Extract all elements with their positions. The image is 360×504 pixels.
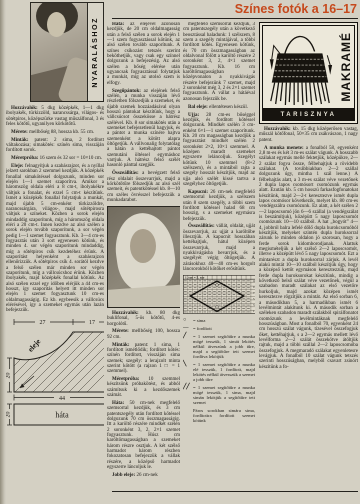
legend-item: ○= sima: [183, 318, 255, 323]
paragraph-text: 16 szem és 32 sor = 10×10 cm.: [40, 156, 102, 161]
makrame-feature-box: MAKRAMÉ TARISZNYA: [259, 22, 358, 124]
chart-header: 1. sor = 5. sor: [185, 275, 205, 279]
paragraph-lead: Eleje:: [11, 164, 24, 169]
column-2: Háta: az elejével azonosan kezdjük, de 2…: [107, 22, 180, 490]
paragraph-text: mellbőség 88, hossza kb. 55 cm.: [29, 130, 94, 135]
paragraph: Minták: patent: 2 sima, 2 fordított vált…: [6, 138, 104, 154]
photo-face: [130, 229, 156, 263]
label-makrame: MAKRAMÉ: [339, 32, 353, 102]
paragraph-lead: Méretpróba:: [11, 156, 38, 161]
paragraph: Eleje: felnagyítjuk a szabásrajzot, és a…: [6, 164, 104, 314]
paragraph: Hozzávalók: kb. 80 dkg buklifonal, 5-ös …: [107, 311, 180, 327]
paragraph-text: ellentétesen készül.: [209, 105, 248, 110]
purl-symbol: —: [183, 326, 193, 331]
photo-summer-top: NYARALÁSHOZ: [30, 2, 104, 102]
paragraph-text: patent: 1 sima, 1 fordított ismétlődik; …: [107, 343, 180, 375]
paragraph-lead: Összeállítás:: [188, 224, 215, 229]
photo-woman-hooded-robe: [108, 207, 180, 307]
start-arrow-icon: [20, 384, 25, 389]
legend-item: ╲= 1 szemet segítőtűre a munka elé tessz…: [183, 362, 255, 382]
cable-right-symbol: ╱: [183, 334, 193, 359]
dim-20-back: 20: [6, 412, 12, 418]
dim-20-front: 20: [6, 373, 12, 379]
paragraph: Méretpróba: 16 szem és 32 sor = 10×10 cm…: [6, 156, 104, 161]
paragraph: Minták: patent: 1 sima, 1 fordított ismé…: [107, 343, 180, 375]
paragraph-lead: Kapucni:: [188, 190, 208, 195]
macrame-bag-illustration: [263, 26, 337, 108]
cable-left-symbol: ╲: [183, 362, 193, 382]
paragraph: Ujja: 28 cm-es bőséggel kezdjük, és ford…: [183, 113, 255, 188]
paragraph-lead: Háta:: [112, 401, 124, 406]
legend-item: ╱╱= 1 szemet segítőtűre a munka mögé tes…: [183, 385, 255, 405]
paragraph: Mérete: mellbőség 88, hossza kb. 55 cm.: [6, 130, 104, 135]
paragraph: Háta: az elejével azonosan kezdjük, de 2…: [107, 22, 180, 86]
knit-symbol: ○: [183, 318, 193, 323]
paragraph-lead: Méretpróba:: [112, 377, 139, 382]
vertical-label-strip: NYARALÁSHOZ: [87, 3, 103, 101]
paragraph-lead: Szegőpántok:: [112, 89, 141, 94]
legend-item: —= fordított: [183, 326, 255, 331]
legend-text: = 1 szemet segítőtűre a munka elé tesszü…: [193, 362, 255, 382]
legend-item: ╱= 1 szemet segítőtűre a munka mögé tess…: [183, 334, 255, 359]
paragraph-lead: Hozzávalók:: [112, 311, 139, 316]
paragraph-lead: Háta:: [112, 22, 124, 27]
paragraph-text: 50 cm-nek megfelelő szemsorral kezdjük, …: [107, 401, 180, 470]
paragraph: Méretpróba: 10 szemmel készítsünk próbak…: [107, 377, 180, 398]
knitting-chart-grid: 1. sor = 5. sor 11 9 7 5: [183, 275, 255, 315]
paragraph-text: 26 cm-nek megfelelő szemsorral kezdjük, …: [183, 190, 255, 222]
paragraph-lead: Minták:: [112, 343, 130, 348]
paragraph-lead: A munka menete:: [264, 146, 304, 151]
photo-shoulder: [108, 284, 180, 307]
paragraph-text: a bevégzett felső rész oldalait összevar…: [107, 171, 180, 203]
back-piece-label: háta: [55, 411, 69, 420]
paragraph-text: megfelelő szemsorral kezdjük, 3 cm paten…: [183, 22, 255, 102]
dim-17: 17: [89, 320, 95, 326]
legend-text: = 1 szemet segítőtűre a munka mögé tessz…: [193, 385, 255, 405]
paragraph-lead: Mérete:: [11, 130, 28, 135]
column-1: NYARALÁSHOZ Hozzávalók: 5 dkg középkék, …: [6, 2, 104, 502]
page-header: Színes fotók a 16–17: [235, 2, 357, 16]
photo-face: [47, 12, 66, 37]
front-piece-label: eleje: [26, 337, 43, 354]
double-cable-symbol: ╱╱: [183, 385, 193, 405]
row-number: 11: [252, 279, 255, 283]
paragraph-text: felnagyítjuk a szabásrajzot, és a nyílla…: [6, 164, 104, 313]
photo-beach-robe: STRANDKÖPENY: [107, 206, 180, 308]
paragraph: A munka menete: a fonalból 58, egyenként…: [259, 146, 358, 370]
front-piece-shape: [14, 332, 104, 392]
paragraph: Hozzávalók: kb. 15 dkg középerősen vasta…: [259, 127, 358, 143]
legend-note: Páros sorokban simára sima, fordítottra …: [193, 408, 255, 423]
caption-tarisznya: TARISZNYA: [263, 108, 354, 120]
paragraph-text: az elejének felső szélén, a munka visszá…: [107, 89, 180, 169]
front-piece-hatching: [6, 316, 104, 396]
pattern-schematic: 27 17 eleje: [6, 316, 104, 428]
vertical-label-strip: MAKRAMÉ: [337, 26, 354, 108]
top-rule: [112, 18, 358, 19]
paragraph: Szegőpántok: az elejének felső szélén, a…: [107, 89, 180, 169]
paragraph: Összeállítás: vállát, oldalát, ujját öss…: [183, 224, 255, 272]
paragraph-lead: Bal eleje:: [188, 105, 208, 110]
paragraph: megfelelő szemsorral kezdjük, 3 cm paten…: [183, 22, 255, 102]
magazine-page: Színes fotók a 16–17 NYARALÁSHOZ Hozzáva…: [0, 0, 360, 504]
paragraph-lead: Összeállítás:: [112, 171, 139, 176]
legend-text: = 1 szemet segítőtűre a munka mögé tessz…: [193, 334, 255, 359]
dim-44: 44: [59, 396, 65, 402]
paragraph: Háta: 50 cm-nek megfelelő szemsorral kez…: [107, 401, 180, 470]
legend-text: = fordított: [193, 326, 212, 331]
makrame-frame: MAKRAMÉ TARISZNYA: [262, 25, 355, 121]
paragraph-lead: Mérete:: [112, 329, 129, 334]
paragraph-text: 26 cm-nek: [136, 473, 157, 478]
dim-27: 27: [40, 320, 46, 326]
column-3: megfelelő szemsorral kezdjük, 3 cm paten…: [183, 22, 255, 490]
paragraph-text: a fonalból 58, egyenként 2,8 m-es és két…: [259, 146, 358, 370]
paragraph-text: az elejével azonosan kezdjük, de 20 cm o…: [107, 22, 180, 86]
paragraph-lead: Ujja:: [188, 113, 199, 118]
paragraph: Kapucni: 26 cm-nek megfelelő szemsorral …: [183, 190, 255, 222]
paragraph: Hozzávalók: 5 dkg középkék, 1—1 dkg ibol…: [6, 106, 104, 127]
paragraph-lead: Jobb eleje:: [112, 473, 135, 478]
label-nyaralashoz: NYARALÁSHOZ: [92, 17, 99, 88]
paragraph-text: 28 cm-es bőséggel kezdjük, és fordított …: [183, 113, 255, 187]
legend-text: = sima: [193, 318, 205, 323]
paragraph: Jobb eleje: 26 cm-nek: [107, 473, 180, 478]
column-4: MAKRAMÉ TARISZNYA Hozzávalók: kb. 15 dkg…: [259, 22, 358, 502]
photo-woman-summer-top: [31, 3, 87, 101]
paragraph: Összeállítás: a bevégzett felső rész old…: [107, 171, 180, 203]
paragraph-lead: Minták:: [11, 138, 29, 143]
paragraph: Mérete: mellbőség 100, hossza 92 cm.: [107, 329, 180, 340]
paragraph-text: vállát, oldalát, ujját összevarrjuk, az …: [183, 224, 255, 272]
paragraph-lead: Hozzávalók:: [11, 106, 38, 111]
paragraph: Bal eleje: ellentétesen készül.: [183, 105, 255, 110]
paragraph-lead: Hozzávalók:: [264, 127, 291, 132]
